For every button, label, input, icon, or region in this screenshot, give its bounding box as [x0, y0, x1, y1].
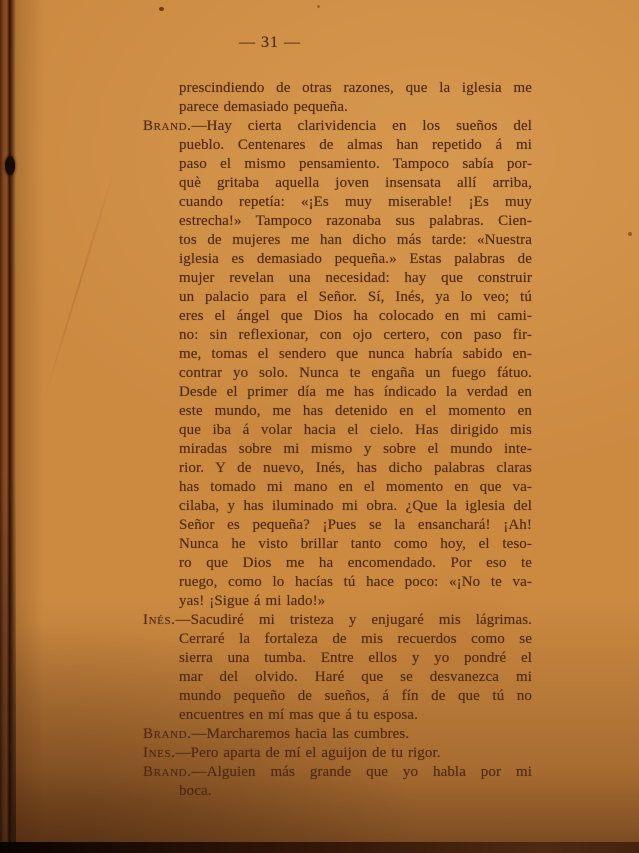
- text-line: Brand.—Alguien más grande que yo habla p…: [143, 763, 532, 782]
- text-line: mujer revelan una necesidad: hay que con…: [143, 269, 532, 288]
- text-line: cuando repetía: «¡Es muy miserable! ¡Es …: [143, 193, 532, 212]
- page-number: — 31 —: [0, 34, 540, 52]
- text-line: iglesia es demasiado pequeña.» Estas pal…: [143, 250, 532, 269]
- speaker-label: Brand.: [143, 118, 192, 134]
- text-line: mundo pequeño de sueños, á fín de que tú…: [143, 687, 532, 706]
- text-line: Ines.—Pero aparta de mí el aguijon de tu…: [143, 744, 532, 763]
- book-page-scan: — 31 — prescindiendo de otras razones, q…: [0, 0, 639, 853]
- text-line: prescindiendo de otras razones, que la i…: [143, 79, 532, 98]
- paper-crease: [41, 165, 116, 405]
- text-line: no: sin reflexionar, con ojo certero, co…: [143, 326, 532, 345]
- speaker-label: Brand.: [143, 764, 192, 780]
- text-line: Cerraré la fortaleza de mis recuerdos co…: [143, 630, 532, 649]
- text-line: que iba á volar hacia el cielo. Has diri…: [143, 421, 532, 440]
- text-line: parece demasiado pequeña.: [143, 98, 532, 117]
- text-line: este mundo, me has detenido en el moment…: [143, 402, 532, 421]
- text-line: tos de mujeres me han dicho más tarde: «…: [143, 231, 532, 250]
- text-line: cilaba, y has iluminado mi obra. ¿Que la…: [143, 497, 532, 516]
- text-line: Señor es pequeña? ¡Pues se la ensanchará…: [143, 516, 532, 535]
- text-line: eres el ángel que Dios ha colocado en mi…: [143, 307, 532, 326]
- text-line: mar del olvido. Haré que se desvanezca m…: [143, 668, 532, 687]
- text-line: paso el mismo pensamiento. Tampoco sabía…: [143, 155, 532, 174]
- text-line: Brand.—Marcharemos hacia las cumbres.: [143, 725, 532, 744]
- text-line: contrar yo solo. Nunca te engaña un fueg…: [143, 364, 532, 383]
- text-line: Inés.—Sacudiré mi tristeza y enjugaré mi…: [143, 611, 532, 630]
- text-line: ruego, como lo hacías tú hace poco: «¡No…: [143, 573, 532, 592]
- text-block: prescindiendo de otras razones, que la i…: [143, 79, 532, 801]
- text-line: has tomado mi mano en el momento en que …: [143, 478, 532, 497]
- speaker-label: Brand.: [143, 726, 192, 742]
- speaker-label: Ines.: [143, 745, 176, 761]
- speaker-label: Inés.: [143, 612, 176, 628]
- binding-hole: [5, 156, 15, 175]
- text-line: Nunca he visto brillar tanto como hoy, e…: [143, 535, 532, 554]
- text-line: rior. Y de nuevo, Inés, has dicho palabr…: [143, 459, 532, 478]
- text-line: un palacio para el Señor. Sí, Inés, ya l…: [143, 288, 532, 307]
- text-line: me, tomas el sendero que nunca habría sa…: [143, 345, 532, 364]
- text-line: miradas sobre mi mismo y sobre el mundo …: [143, 440, 532, 459]
- text-line: estrecha!» Tampoco razonaba sus palabras…: [143, 212, 532, 231]
- book-spine-edge: [0, 0, 16, 853]
- page-bottom-shadow: [0, 842, 639, 853]
- text-line: yas! ¡Sigue á mi lado!»: [143, 592, 532, 611]
- text-line: què gritaba aquella joven insensata allí…: [143, 174, 532, 193]
- text-line: encuentres en mí mas que á tu esposa.: [143, 706, 532, 725]
- paper-speck: [317, 5, 320, 8]
- text-line: Desde el primer día me has índicado la v…: [143, 383, 532, 402]
- text-line: pueblo. Centenares de almas han repetido…: [143, 136, 532, 155]
- paper-speck: [628, 232, 632, 236]
- text-line: ro que Dios me ha encomendado. Por eso t…: [143, 554, 532, 573]
- text-line: Brand.—Hay cierta clarividencia en los s…: [143, 117, 532, 136]
- text-line: boca.: [143, 782, 532, 801]
- paper-speck: [159, 7, 164, 11]
- text-line: sierra una tumba. Entre ellos y yo pondr…: [143, 649, 532, 668]
